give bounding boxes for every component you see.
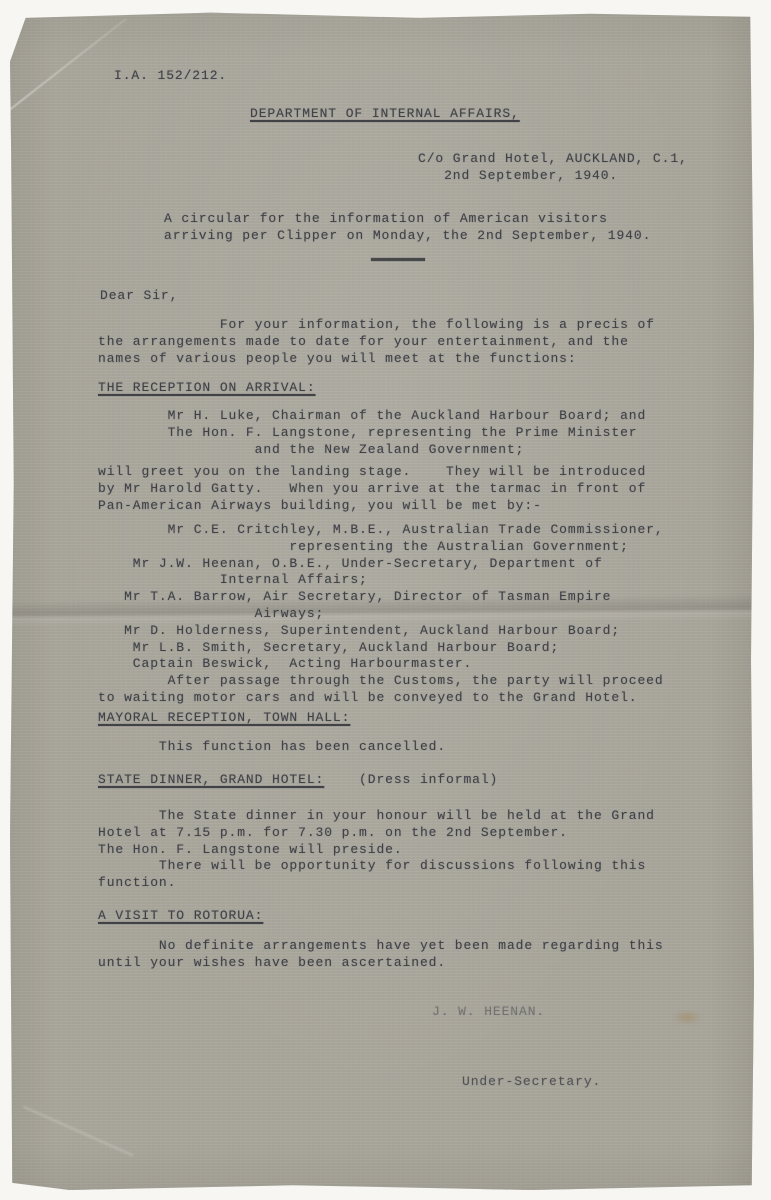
document-line: Dear Sir, <box>100 288 178 305</box>
signatory-role: Under-Secretary. <box>462 1074 601 1091</box>
document-line: by Mr Harold Gatty. When you arrive at t… <box>98 481 646 498</box>
document-line: Pan-American Airways building, you will … <box>98 498 646 515</box>
document-line: arriving per Clipper on Monday, the 2nd … <box>164 228 651 245</box>
circular-subject: A circular for the information of Americ… <box>164 211 651 245</box>
document-line: THE RECEPTION ON ARRIVAL: <box>98 380 316 397</box>
scan-background: I.A. 152/212.DEPARTMENT OF INTERNAL AFFA… <box>0 0 771 1200</box>
document-line: Hotel at 7.15 p.m. for 7.30 p.m. on the … <box>98 825 655 842</box>
address-date-block: C/o Grand Hotel, AUCKLAND, C.1, 2nd Sept… <box>418 151 688 185</box>
document-line: the arrangements made to date for your e… <box>98 334 655 351</box>
document-line: will greet you on the landing stage. The… <box>98 464 646 481</box>
document-line: names of various people you will meet at… <box>98 351 655 368</box>
document-line: The Hon. F. Langstone, representing the … <box>98 425 646 442</box>
document-line: until your wishes have been ascertained. <box>98 955 664 972</box>
document-line: STATE DINNER, GRAND HOTEL: (Dress inform… <box>98 772 498 789</box>
discussions-paragraph: There will be opportunity for discussion… <box>98 858 646 892</box>
document-line: Captain Beswick, Acting Harbourmaster. <box>98 656 664 673</box>
document-line: No definite arrangements have yet been m… <box>98 938 664 955</box>
document-line: After passage through the Customs, the p… <box>98 673 664 690</box>
document-line: Internal Affairs; <box>98 572 664 589</box>
document-line: and the New Zealand Government; <box>98 442 646 459</box>
cancelled-paragraph: This function has been cancelled. <box>98 739 446 756</box>
document-line: 2nd September, 1940. <box>418 168 688 185</box>
document-line: Mr T.A. Barrow, Air Secretary, Director … <box>98 589 664 606</box>
document-line: A VISIT TO ROTORUA: <box>98 908 263 925</box>
document-line: There will be opportunity for discussion… <box>98 858 646 875</box>
document-line: Mr L.B. Smith, Secretary, Auckland Harbo… <box>98 640 664 657</box>
document-line: Airways; <box>98 606 664 623</box>
document-line: A circular for the information of Americ… <box>164 211 651 228</box>
document-line: DEPARTMENT OF INTERNAL AFFAIRS, <box>250 106 520 123</box>
document-line: Mr H. Luke, Chairman of the Auckland Har… <box>98 408 646 425</box>
document-line: For your information, the following is a… <box>98 317 655 334</box>
document-line: The State dinner in your honour will be … <box>98 808 655 825</box>
document-line: The Hon. F. Langstone will preside. <box>98 842 655 859</box>
officials-list: Mr C.E. Critchley, M.B.E., Australian Tr… <box>98 522 664 707</box>
letterhead-title: DEPARTMENT OF INTERNAL AFFAIRS, <box>250 106 520 123</box>
reference-number: I.A. 152/212. <box>114 68 227 85</box>
document-line: Under-Secretary. <box>462 1074 601 1091</box>
divider-rule <box>371 258 425 261</box>
heading-state-dinner: STATE DINNER, GRAND HOTEL: (Dress inform… <box>98 772 498 789</box>
signature: J. W. HEENAN. <box>432 1004 545 1021</box>
document-line: to waiting motor cars and will be convey… <box>98 690 664 707</box>
document-blocks: I.A. 152/212.DEPARTMENT OF INTERNAL AFFA… <box>10 12 754 1190</box>
document-line: Mr D. Holderness, Superintendent, Auckla… <box>98 623 664 640</box>
landing-paragraph: will greet you on the landing stage. The… <box>98 464 646 514</box>
document-line: Mr J.W. Heenan, O.B.E., Under-Secretary,… <box>98 556 664 573</box>
document-line: I.A. 152/212. <box>114 68 227 85</box>
document-line: This function has been cancelled. <box>98 739 446 756</box>
dinner-paragraph: The State dinner in your honour will be … <box>98 808 655 858</box>
document-line: MAYORAL RECEPTION, TOWN HALL: <box>98 710 350 727</box>
heading-rotorua: A VISIT TO ROTORUA: <box>98 908 263 925</box>
document-line: J. W. HEENAN. <box>432 1004 545 1021</box>
salutation: Dear Sir, <box>100 288 178 305</box>
document-paper: I.A. 152/212.DEPARTMENT OF INTERNAL AFFA… <box>10 12 754 1190</box>
greeting-party: Mr H. Luke, Chairman of the Auckland Har… <box>98 408 646 458</box>
document-line: Mr C.E. Critchley, M.B.E., Australian Tr… <box>98 522 664 539</box>
document-line: function. <box>98 875 646 892</box>
document-line: representing the Australian Government; <box>98 539 664 556</box>
rotorua-paragraph: No definite arrangements have yet been m… <box>98 938 664 972</box>
heading-mayoral-reception: MAYORAL RECEPTION, TOWN HALL: <box>98 710 350 727</box>
document-line: C/o Grand Hotel, AUCKLAND, C.1, <box>418 151 688 168</box>
heading-reception: THE RECEPTION ON ARRIVAL: <box>98 380 316 397</box>
intro-paragraph: For your information, the following is a… <box>98 317 655 367</box>
